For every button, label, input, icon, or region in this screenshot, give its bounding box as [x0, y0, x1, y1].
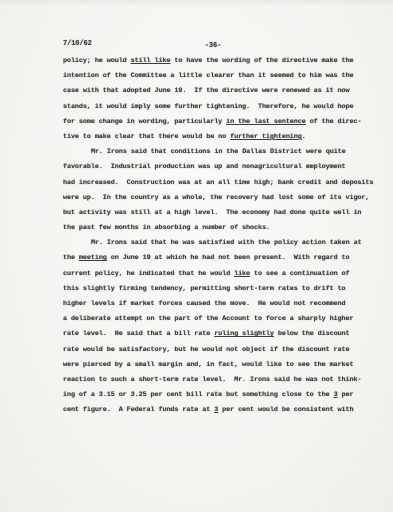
text-segment: per cent would be consistent with — [218, 406, 353, 414]
paragraph: Mr. Irons said that conditions in the Da… — [63, 145, 368, 236]
text-segment: this slightly firming tendency, permitti… — [63, 285, 346, 293]
text-segment: were up. In the country as a whole, the … — [63, 194, 369, 202]
text-line: favorable. Industrial production was up … — [63, 160, 368, 175]
text-line: Mr. Irons said that conditions in the Da… — [63, 145, 368, 160]
text-line: but activity was still at a high level. … — [63, 206, 368, 221]
text-segment: for some change in wording, particularly — [63, 118, 226, 126]
text-segment: favorable. Industrial production was up … — [63, 163, 346, 171]
text-segment: policy; he would — [63, 57, 131, 65]
text-segment: to see a continuation of — [250, 270, 349, 278]
text-segment: stands, it would imply some further tigh… — [63, 103, 353, 111]
text-segment: the past few months in absorbing a numbe… — [63, 224, 270, 232]
text-segment: higher levels if market forces caused th… — [63, 300, 346, 308]
text-line: policy; he would still like to have the … — [63, 54, 368, 69]
scan-edge-shadow — [0, 0, 393, 6]
underlined-text: still like — [131, 57, 171, 65]
text-line: this slightly firming tendency, permitti… — [63, 282, 368, 297]
text-line: the meeting on June 19 at which he had n… — [63, 251, 368, 266]
paragraph: policy; he would still like to have the … — [63, 54, 368, 145]
text-segment: were pierced by a small margin and, in f… — [63, 361, 353, 369]
text-line: rate level. He said that a bill rate rul… — [63, 327, 368, 342]
text-line: ing of a 3.15 or 3.25 per cent bill rate… — [63, 388, 368, 403]
text-line: case with that adopted June 19. If the d… — [63, 84, 368, 99]
underlined-text: ruling slightly — [214, 330, 274, 338]
text-segment: but activity was still at a high level. … — [63, 209, 361, 217]
text-line: higher levels if market forces caused th… — [63, 297, 368, 312]
text-line: had increased. Construction was at an al… — [63, 176, 368, 191]
text-line: a deliberate attempt on the part of the … — [63, 312, 368, 327]
text-segment: intention of the Committee a little clea… — [63, 72, 353, 80]
text-segment: ing of a 3.15 or 3.25 per cent bill rate… — [63, 391, 334, 399]
text-line: tive to make clear that there would be n… — [63, 130, 368, 145]
text-line: were pierced by a small margin and, in f… — [63, 358, 368, 373]
text-segment: case with that adopted June 19. If the d… — [63, 87, 349, 95]
document-page: 7/10/62 -36- policy; he would still like… — [0, 0, 393, 512]
page-header: 7/10/62 -36- — [63, 40, 363, 54]
document-body: policy; he would still like to have the … — [63, 54, 368, 419]
text-segment: had increased. Construction was at an al… — [63, 179, 373, 187]
text-line: intention of the Committee a little clea… — [63, 69, 368, 84]
paragraph: Mr. Irons said that he was satisfied wit… — [63, 236, 368, 418]
text-segment: of the direc- — [306, 118, 362, 126]
text-line: stands, it would imply some further tigh… — [63, 100, 368, 115]
text-segment: below the discount — [274, 330, 350, 338]
underlined-text: like — [234, 270, 250, 278]
underlined-text: meeting — [79, 254, 107, 262]
text-segment: Mr. Irons said that he was satisfied wit… — [91, 239, 362, 247]
text-segment: rate would be satisfactory, but he would… — [63, 346, 349, 354]
text-segment: reaction to such a short-term rate level… — [63, 376, 361, 384]
text-line: current policy, he indicated that he wou… — [63, 267, 368, 282]
text-line: were up. In the country as a whole, the … — [63, 191, 368, 206]
text-segment: to have the wording of the directive mak… — [170, 57, 353, 65]
text-line: cent figure. A Federal funds rate at 3 p… — [63, 403, 368, 418]
text-segment: the — [63, 254, 79, 262]
text-segment: Mr. Irons said that conditions in the Da… — [91, 148, 346, 156]
underlined-text: in the last sentence — [226, 118, 306, 126]
text-segment: current policy, he indicated that he wou… — [63, 270, 234, 278]
text-segment: cent figure. A Federal funds rate at — [63, 406, 214, 414]
text-line: reaction to such a short-term rate level… — [63, 373, 368, 388]
text-segment: on June 19 at which he had not been pres… — [107, 254, 350, 262]
text-line: the past few months in absorbing a numbe… — [63, 221, 368, 236]
text-segment: a deliberate attempt on the part of the … — [63, 315, 353, 323]
text-segment: . — [302, 133, 306, 141]
text-line: Mr. Irons said that he was satisfied wit… — [63, 236, 368, 251]
text-line: for some change in wording, particularly… — [63, 115, 368, 130]
text-segment: rate level. He said that a bill rate — [63, 330, 214, 338]
text-line: rate would be satisfactory, but he would… — [63, 343, 368, 358]
text-segment: per — [338, 391, 354, 399]
text-segment: tive to make clear that there would be n… — [63, 133, 230, 141]
page-number: -36- — [63, 42, 363, 50]
underlined-text: further tightening — [230, 133, 302, 141]
